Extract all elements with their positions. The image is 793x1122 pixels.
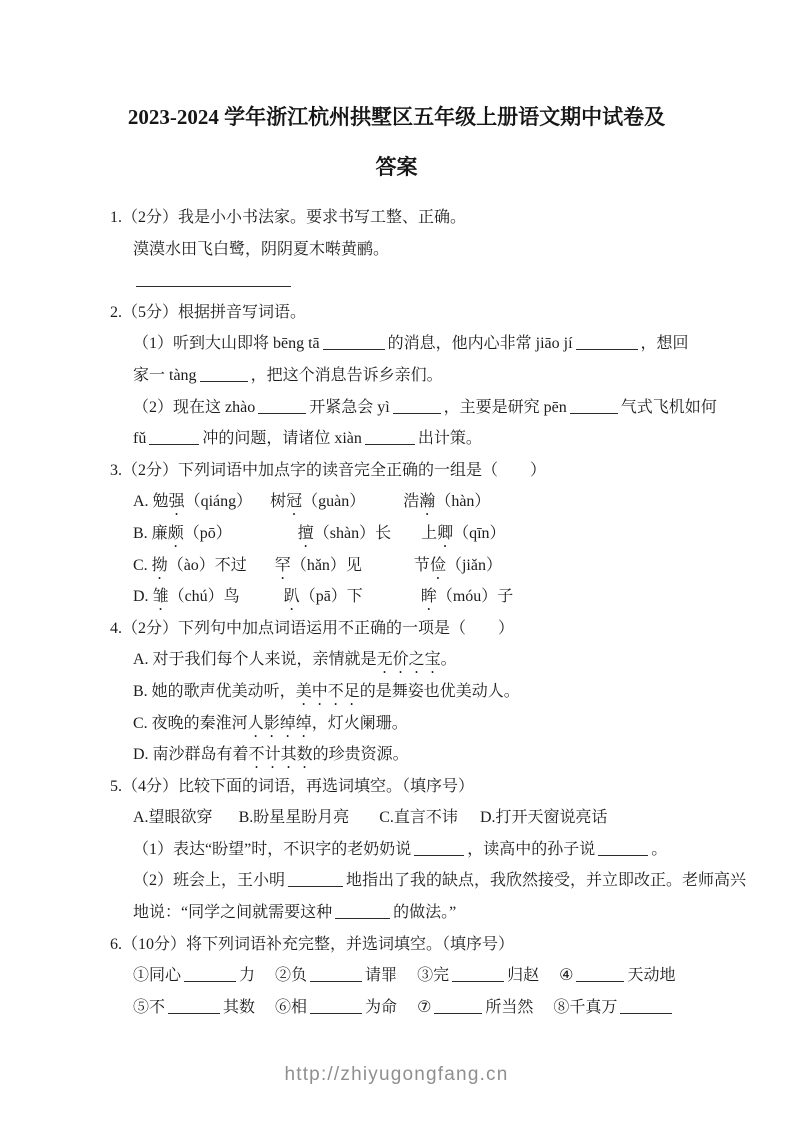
text: 。: [651, 841, 667, 858]
text: A.望眼欲穿: [133, 809, 213, 826]
question-4-line-1: A. 对于我们每个人来说，亲情就是无价之宝。: [0, 644, 793, 676]
emphasized-text: 趴: [284, 588, 300, 605]
page-title: 2023-2024 学年浙江杭州拱墅区五年级上册语文期中试卷及 答案: [0, 0, 793, 192]
text: ⑤不: [133, 999, 165, 1016]
question-5: 5.（4分）比较下面的词语，再选词填空。（填序号）A.望眼欲穿B.盼星星盼月亮C…: [0, 771, 793, 929]
text: （qīn）: [453, 525, 505, 542]
answer-blank: [452, 981, 504, 982]
text: 6.（10分）将下列词语补充完整，并选词填空。（填序号）: [110, 936, 514, 953]
question-2-line-2: 家一 tàng，把这个消息告诉乡亲们。: [0, 360, 793, 392]
text: （móu）子: [437, 588, 513, 605]
question-1: 1.（2分）我是小小书法家。要求书写工整、正确。漠漠水田飞白鹭，阴阴夏木啭黄鹂。: [0, 202, 793, 297]
text: 地说：“同学之间就需要这种: [133, 904, 332, 921]
answer-blank: [335, 918, 390, 919]
question-1-line-2: [0, 265, 793, 297]
text: （1）表达“盼望”时，不识字的老奶奶说: [133, 841, 411, 858]
text: B. 她的歌声优美动听，: [133, 683, 296, 700]
question-4-line-3: C. 夜晚的秦淮河人影绰绰，灯火阑珊。: [0, 708, 793, 740]
question-3-line-1: A. 勉强（qiáng）树冠（guàn）浩瀚（hàn）: [0, 486, 793, 518]
text: 家一 tàng: [133, 367, 197, 384]
text: 4.（2分）下列句中加点词语运用不正确的一项是（ ）: [110, 620, 514, 637]
question-4: 4.（2分）下列句中加点词语运用不正确的一项是（ ）A. 对于我们每个人来说，亲…: [0, 613, 793, 771]
question-6-line-2: ⑤不其数⑥相为命⑦所当然⑧千真万: [0, 992, 793, 1024]
answer-blank: [310, 981, 362, 982]
text: ，灯火阑珊。: [312, 715, 408, 732]
text: ③完: [417, 967, 449, 984]
text: 力: [239, 967, 255, 984]
text: 其数: [223, 999, 255, 1016]
answer-blank: [576, 981, 624, 982]
emphasized-text: 罕: [275, 557, 291, 574]
question-6-line-0: 6.（10分）将下列词语补充完整，并选词填空。（填序号）: [0, 929, 793, 961]
text: （pā）下: [300, 588, 363, 605]
column-spacer: [240, 600, 284, 601]
emphasized-text: 卿: [437, 525, 453, 542]
answer-blank: [310, 1013, 362, 1014]
emphasized-text: 拗: [152, 557, 168, 574]
text: ，主要是研究 pēn: [444, 399, 567, 416]
text: B. 廉: [133, 525, 168, 542]
text: ，把这个消息告诉乡亲们。: [251, 367, 443, 384]
column-spacer: [255, 979, 275, 980]
column-spacer: [391, 537, 421, 538]
emphasized-text: 擅: [298, 525, 314, 542]
answer-blank: [184, 981, 236, 982]
footer: http://zhiyugongfang.cn: [0, 1064, 793, 1086]
emphasized-text: 俭: [430, 557, 446, 574]
text: D.打开天窗说亮话: [480, 809, 608, 826]
column-spacer: [397, 979, 417, 980]
text: ⑦: [417, 999, 431, 1016]
text: 所当然: [485, 999, 533, 1016]
question-2: 2.（5分）根据拼音写词语。（1）听到大山即将 bēng tā的消息，他内心非常…: [0, 297, 793, 455]
question-6: 6.（10分）将下列词语补充完整，并选词填空。（填序号）①同心力②负请罪③完归赵…: [0, 929, 793, 1024]
answer-blank: [365, 444, 415, 445]
text: 的是舞姿也优美动人。: [360, 683, 520, 700]
answer-blank: [136, 286, 291, 287]
title-line-2: 答案: [0, 142, 793, 192]
text: 漠漠水田飞白鹭，阴阴夏木啭黄鹂。: [133, 241, 389, 258]
column-spacer: [213, 821, 239, 822]
text: 气式飞机如何: [621, 399, 717, 416]
text: （hǎn）见: [291, 557, 362, 574]
column-spacer: [363, 600, 421, 601]
text: 上: [421, 525, 437, 542]
question-5-line-3: （2）班会上，王小明地指出了我的缺点，我欣然接受，并立即改正。老师高兴: [0, 865, 793, 897]
question-2-line-0: 2.（5分）根据拼音写词语。: [0, 297, 793, 329]
answer-blank: [149, 444, 199, 445]
text: 归赵: [507, 967, 539, 984]
column-spacer: [458, 821, 480, 822]
answer-blank: [288, 886, 343, 887]
answer-blank: [200, 381, 248, 382]
question-2-line-3: （2）现在这 zhào开紧急会 yì，主要是研究 pēn气式飞机如何: [0, 392, 793, 424]
emphasized-text: 无价之宝: [377, 651, 441, 668]
text: （qiáng）: [185, 493, 253, 510]
question-3-line-0: 3.（2分）下列词语中加点字的读音完全正确的一组是（ ）: [0, 455, 793, 487]
question-5-line-1: A.望眼欲穿B.盼星星盼月亮C.直言不讳D.打开天窗说亮话: [0, 802, 793, 834]
text: 为命: [365, 999, 397, 1016]
text: ⑥相: [275, 999, 307, 1016]
answer-blank: [258, 413, 306, 414]
text: D. 南沙群岛有着: [133, 746, 249, 763]
text: C. 夜晚的秦淮河: [133, 715, 248, 732]
question-5-line-4: 地说：“同学之间就需要这种的做法。”: [0, 897, 793, 929]
text: 3.（2分）下列词语中加点字的读音完全正确的一组是（ ）: [110, 462, 546, 479]
text: ②负: [275, 967, 307, 984]
text: （pō）: [184, 525, 232, 542]
column-spacer: [539, 979, 559, 980]
column-spacer: [365, 505, 403, 506]
column-spacer: [533, 1011, 553, 1012]
answer-blank: [620, 1013, 672, 1014]
text: 的做法。”: [393, 904, 456, 921]
column-spacer: [232, 537, 298, 538]
text: （1）听到大山即将 bēng tā: [133, 335, 320, 352]
text: 请罪: [365, 967, 397, 984]
answer-blank: [323, 349, 385, 350]
text: fǔ: [133, 430, 146, 447]
text: 节: [414, 557, 430, 574]
column-spacer: [397, 1011, 417, 1012]
text: （shàn）长: [314, 525, 391, 542]
text: （ào）不过: [168, 557, 247, 574]
emphasized-text: 美中不足: [296, 683, 360, 700]
text: 地指出了我的缺点，我欣然接受，并立即改正。老师高兴: [346, 872, 746, 889]
question-4-line-0: 4.（2分）下列句中加点词语运用不正确的一项是（ ）: [0, 613, 793, 645]
exam-page: 2023-2024 学年浙江杭州拱墅区五年级上册语文期中试卷及 答案 1.（2分…: [0, 0, 793, 1122]
question-3: 3.（2分）下列词语中加点字的读音完全正确的一组是（ ）A. 勉强（qiáng）…: [0, 455, 793, 613]
answer-blank: [414, 855, 464, 856]
text: A. 对于我们每个人来说，亲情就是: [133, 651, 377, 668]
text: （2）现在这 zhào: [133, 399, 255, 416]
column-spacer: [247, 569, 275, 570]
text: （hàn）: [435, 493, 490, 510]
text: 浩: [403, 493, 419, 510]
text: （2）班会上，王小明: [133, 872, 285, 889]
question-1-line-1: 漠漠水田飞白鹭，阴阴夏木啭黄鹂。: [0, 234, 793, 266]
emphasized-text: 颇: [168, 525, 184, 542]
question-2-line-4: fǔ冲的问题，请诸位 xiàn出计策。: [0, 423, 793, 455]
text: （jiǎn）: [446, 557, 502, 574]
emphasized-text: 人影绰绰: [248, 715, 312, 732]
text: 2.（5分）根据拼音写词语。: [110, 304, 306, 321]
column-spacer: [255, 1011, 275, 1012]
text: D.: [133, 588, 153, 605]
question-5-line-0: 5.（4分）比较下面的词语，再选词填空。（填序号）: [0, 771, 793, 803]
text: 1.（2分）我是小小书法家。要求书写工整、正确。: [110, 209, 466, 226]
emphasized-text: 雏: [153, 588, 169, 605]
question-3-line-4: D. 雏（chú）鸟趴（pā）下眸（móu）子: [0, 581, 793, 613]
question-3-line-3: C. 拗（ào）不过罕（hǎn）见节俭（jiǎn）: [0, 550, 793, 582]
answer-blank: [393, 413, 441, 414]
text: 出计策。: [418, 430, 482, 447]
text: 。: [441, 651, 457, 668]
title-line-1: 2023-2024 学年浙江杭州拱墅区五年级上册语文期中试卷及: [0, 92, 793, 142]
text: C.: [133, 557, 152, 574]
text: A. 勉: [133, 493, 169, 510]
question-6-line-1: ①同心力②负请罪③完归赵④天动地: [0, 960, 793, 992]
text: C.直言不讳: [379, 809, 458, 826]
emphasized-text: 强: [169, 493, 185, 510]
text: 5.（4分）比较下面的词语，再选词填空。（填序号）: [110, 778, 474, 795]
answer-blank: [434, 1013, 482, 1014]
question-4-line-2: B. 她的歌声优美动听，美中不足的是舞姿也优美动人。: [0, 676, 793, 708]
text: ①同心: [133, 967, 181, 984]
question-4-line-4: D. 南沙群岛有着不计其数的珍贵资源。: [0, 739, 793, 771]
text: 的消息，他内心非常 jiāo jí: [388, 335, 573, 352]
text: B.盼星星盼月亮: [239, 809, 350, 826]
question-2-line-1: （1）听到大山即将 bēng tā的消息，他内心非常 jiāo jí，想回: [0, 328, 793, 360]
answer-blank: [570, 413, 618, 414]
answer-blank: [598, 855, 648, 856]
question-3-line-2: B. 廉颇（pō）擅（shàn）长上卿（qīn）: [0, 518, 793, 550]
questions-container: 1.（2分）我是小小书法家。要求书写工整、正确。漠漠水田飞白鹭，阴阴夏木啭黄鹂。…: [0, 202, 793, 1023]
text: 树: [270, 493, 286, 510]
question-1-line-0: 1.（2分）我是小小书法家。要求书写工整、正确。: [0, 202, 793, 234]
text: ，读高中的孙子说: [467, 841, 595, 858]
column-spacer: [349, 821, 379, 822]
answer-blank: [168, 1013, 220, 1014]
emphasized-text: 冠: [286, 493, 302, 510]
footer-url: http://zhiyugongfang.cn: [284, 1064, 508, 1085]
column-spacer: [252, 505, 270, 506]
text: 冲的问题，请诸位 xiàn: [202, 430, 362, 447]
column-spacer: [362, 569, 414, 570]
text: ，想回: [641, 335, 689, 352]
text: 开紧急会 yì: [309, 399, 389, 416]
text: 天动地: [627, 967, 675, 984]
text: 的珍贵资源。: [313, 746, 409, 763]
question-5-line-2: （1）表达“盼望”时，不识字的老奶奶说，读高中的孙子说。: [0, 834, 793, 866]
emphasized-text: 瀚: [419, 493, 435, 510]
text: （guàn）: [302, 493, 365, 510]
text: ⑧千真万: [553, 999, 617, 1016]
answer-blank: [576, 349, 638, 350]
text: ④: [559, 967, 573, 984]
text: （chú）鸟: [169, 588, 240, 605]
emphasized-text: 眸: [421, 588, 437, 605]
emphasized-text: 不计其数: [249, 746, 313, 763]
